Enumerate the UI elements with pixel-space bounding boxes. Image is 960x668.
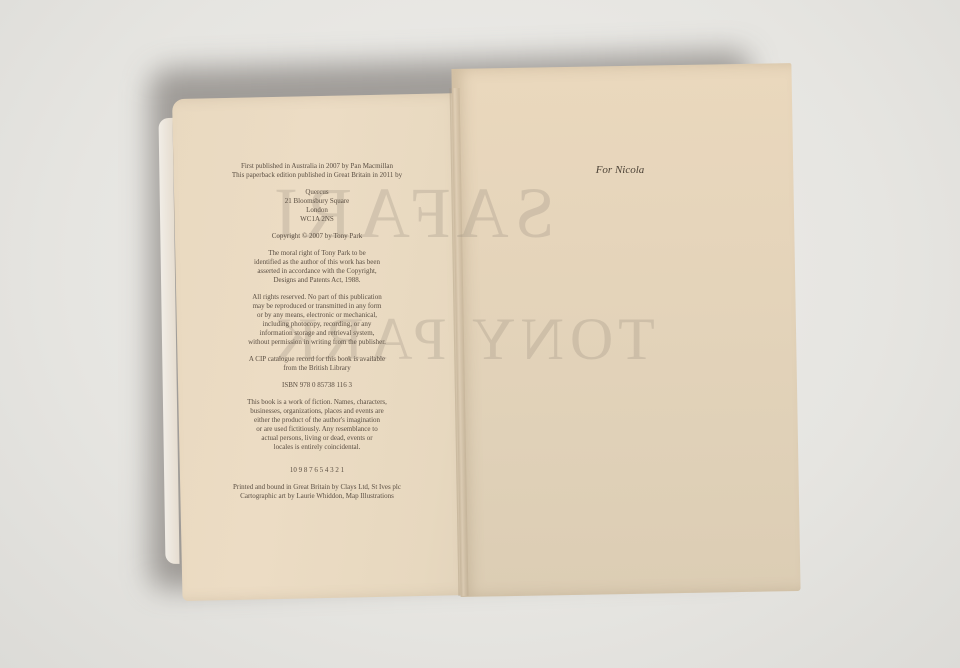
printing-line: 10 9 8 7 6 5 4 3 2 1 [192, 466, 442, 475]
moral-rights: The moral right of Tony Park to be ident… [192, 249, 442, 285]
copyright-line: Copyright © 2007 by Tony Park [192, 232, 442, 241]
imprint-text: First published in Australia in 2007 by … [192, 162, 442, 509]
isbn: ISBN 978 0 85738 116 3 [192, 381, 442, 390]
publication-history: First published in Australia in 2007 by … [192, 162, 442, 180]
photo-scene: SAFARI TONY PARK First published in Aust… [0, 0, 960, 668]
rights-reserved: All rights reserved. No part of this pub… [192, 293, 442, 347]
publisher-address: Quercus 21 Bloomsbury Square London WC1A… [192, 188, 442, 224]
fiction-notice: This book is a work of fiction. Names, c… [192, 398, 442, 452]
dedication-text: For Nicola [560, 164, 680, 176]
cip-record: A CIP catalogue record for this book is … [192, 355, 442, 373]
printer-credits: Printed and bound in Great Britain by Cl… [192, 483, 442, 501]
